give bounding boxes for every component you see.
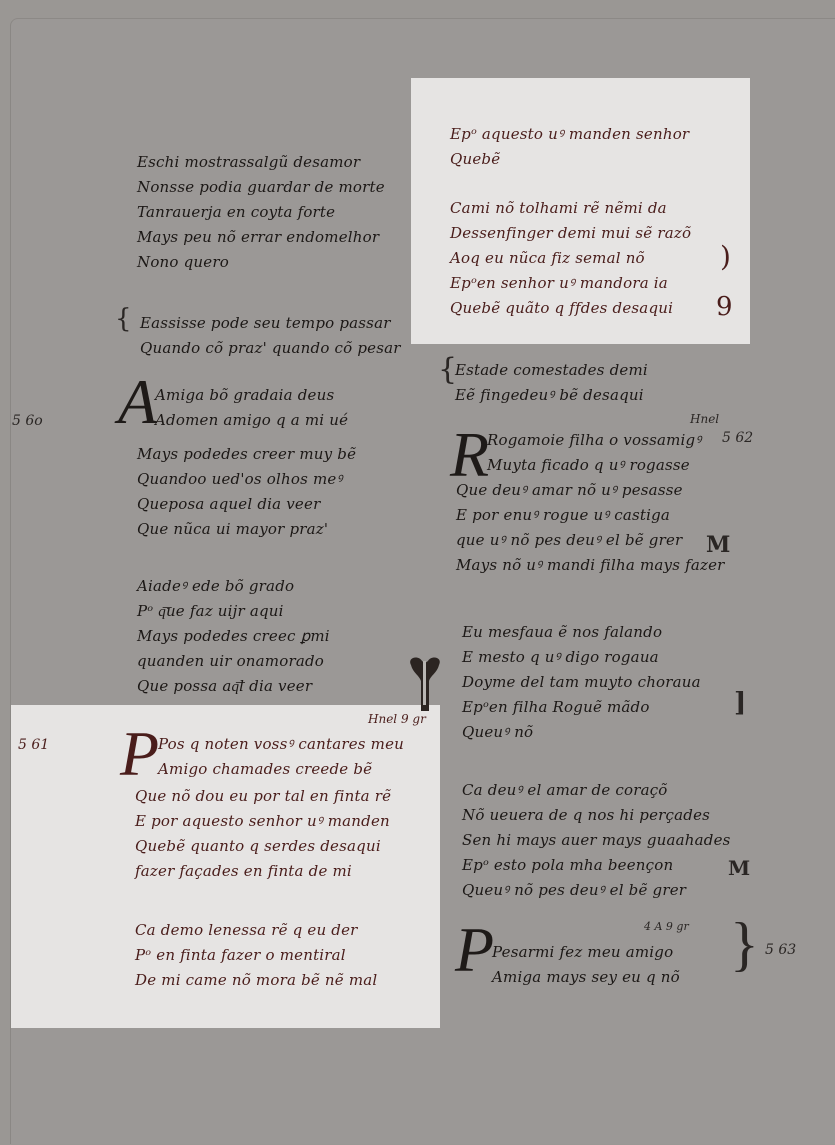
margin-bracket: ] [734, 688, 746, 718]
poem-stanza: Estade comestades demi Eẽ fingedeuꝰ bẽ d… [455, 358, 648, 408]
poem-line: Nono quero [137, 250, 385, 275]
poem-line: Doyme del tam muyto choraua [462, 670, 701, 695]
decorated-initial: P [455, 918, 494, 982]
poem-line: Adomen amigo q a mi ué [155, 408, 348, 433]
poem-line: Que possa aq͞l dia veer [137, 674, 330, 699]
margin-number: 5 61 [18, 737, 49, 753]
poem-stanza: Ca demo lenessa rẽ q eu der Pᵒ en finta … [135, 918, 377, 993]
poem-line: Amiga mays sey eu q nõ [492, 965, 680, 990]
poem-stanza: Eschi mostrassalgũ desamor Nonsse podia … [137, 150, 385, 275]
poem-line: E por aquesto senhor uꝰ manden [135, 809, 391, 834]
poem-line: E por enuꝰ rogue uꝰ castiga [456, 503, 725, 528]
poem-line: Queuꝰ nõ pes deuꝰ el bẽ grer [462, 878, 731, 903]
poem-line: Pos q noten vossꝰ cantares meu [158, 732, 404, 757]
poem-line: Pᵒ en finta fazer o mentiral [135, 943, 377, 968]
brace-mark: { [115, 304, 132, 334]
poem-stanza: Cami nõ tolhami rẽ nẽmi da Dessenfinger … [450, 196, 691, 321]
margin-number: 5 62 [722, 430, 753, 446]
poem-line: Nonsse podia guardar de morte [137, 175, 385, 200]
poem-line: Sen hi mays auer mays guaahades [462, 828, 731, 853]
poem-line: Que nũca ui mayor praz' [137, 517, 356, 542]
poem-line: Aiadeꝰ ede bõ grado [137, 574, 330, 599]
poem-line: Mays peu nõ errar endomelhor [137, 225, 385, 250]
margin-mark: 9 [716, 292, 733, 322]
poem-line: Aoq eu nũca fiz semal nõ [450, 246, 691, 271]
poem-line: Ca demo lenessa rẽ q eu der [135, 918, 377, 943]
poem-line: Epᵒ aquesto uꝰ manden senhor [450, 122, 689, 147]
poem-line: Pᵒ q͞ue faz uijr aqui [137, 599, 330, 624]
poem-line: Eẽ fingedeuꝰ bẽ desaqui [455, 383, 648, 408]
poem-stanza: Pesarmi fez meu amigo Amiga mays sey eu … [492, 940, 680, 990]
poem-stanza: Eu mesfaua ẽ nos falando E mesto q uꝰ di… [462, 620, 701, 745]
poem-line: Dessenfinger demi mui sẽ razõ [450, 221, 691, 246]
poem-stanza: Rogamoie filha o vossamigꝰ Muyta ficado … [487, 428, 701, 478]
margin-number: 5 63 [765, 942, 796, 958]
decorated-initial: A [118, 370, 157, 434]
poem-line: Amiga bõ gradaia deus [155, 383, 348, 408]
poem-line: Cami nõ tolhami rẽ nẽmi da [450, 196, 691, 221]
poem-line: De mi came nõ mora bẽ nẽ mal [135, 968, 377, 993]
poem-stanza: Ca deuꝰ el amar de coraçõ Nõ ueuera de q… [462, 778, 731, 903]
poem-stanza: Amiga bõ gradaia deus Adomen amigo q a m… [155, 383, 348, 433]
margin-mark-m: M [728, 856, 750, 880]
poem-line: Epᵒen filha Roguẽ mãdo [462, 695, 701, 720]
poem-line: fazer façades en finta de mi [135, 859, 391, 884]
poem-line: Quando cõ praz' quando cõ pesar [140, 336, 401, 361]
poem-line: Pesarmi fez meu amigo [492, 940, 680, 965]
poem-stanza: Eassisse pode seu tempo passar Quando cõ… [140, 311, 401, 361]
poem-line: Tanrauerja en coyta forte [137, 200, 385, 225]
poem-line: Quandoo ued'os olhos meꝰ [137, 467, 356, 492]
margin-annotation: Hnel [690, 412, 719, 426]
poem-line: Amigo chamades creede bẽ [158, 757, 404, 782]
poem-line: Queposa aquel dia veer [137, 492, 356, 517]
poem-line: quanden uir onamorado [137, 649, 330, 674]
poem-line: E mesto q uꝰ digo rogaua [462, 645, 701, 670]
poem-line: Quebẽ quanto q serdes desaqui [135, 834, 391, 859]
poem-line: Eassisse pode seu tempo passar [140, 311, 401, 336]
poem-line: Estade comestades demi [455, 358, 648, 383]
poem-stanza: Aiadeꝰ ede bõ grado Pᵒ q͞ue faz uijr aqu… [137, 574, 330, 699]
poem-line: que uꝰ nõ pes deuꝰ el bẽ grer [456, 528, 725, 553]
poem-line: Eu mesfaua ẽ nos falando [462, 620, 701, 645]
margin-mark-m: M [706, 532, 730, 558]
poem-line: Ca deuꝰ el amar de coraçõ [462, 778, 731, 803]
poem-line: Rogamoie filha o vossamigꝰ [487, 428, 701, 453]
poem-line: Que nõ dou eu por tal en finta rẽ [135, 784, 391, 809]
poem-line: Que deuꝰ amar nõ uꝰ pesasse [456, 478, 725, 503]
margin-bracket: ) [720, 240, 731, 273]
decorated-initial: P [120, 722, 159, 786]
poem-line: Eschi mostrassalgũ desamor [137, 150, 385, 175]
decorated-bracket: } [730, 910, 759, 979]
poem-line: Quebẽ [450, 147, 689, 172]
margin-annotation: 4 A 9 gr [644, 920, 689, 933]
poem-stanza-cont: Mays podedes creer muy bẽ Quandoo ued'os… [137, 442, 356, 542]
poem-stanza-cont: Que nõ dou eu por tal en finta rẽ E por … [135, 784, 391, 884]
poem-line: Mays podedes creec ꝑmi [137, 624, 330, 649]
poem-line: Epᵒen senhor uꝰ mandora ia [450, 271, 691, 296]
poem-line: Queuꝰ nõ [462, 720, 701, 745]
poem-line: Mays podedes creer muy bẽ [137, 442, 356, 467]
margin-annotation: Hnel 9 gr [368, 712, 426, 726]
poem-stanza: Pos q noten vossꝰ cantares meu Amigo cha… [158, 732, 404, 782]
poem-line: Quebẽ quãto q ffdes desaqui [450, 296, 691, 321]
poem-line: Epᵒ esto pola mha beençon [462, 853, 731, 878]
poem-line: Muyta ficado q uꝰ rogasse [487, 453, 701, 478]
ink-blot [407, 655, 443, 715]
poem-stanza-cont: Que deuꝰ amar nõ uꝰ pesasse E por enuꝰ r… [456, 478, 725, 578]
margin-number: 5 6o [12, 413, 43, 429]
poem-line: Nõ ueuera de q nos hi perçades [462, 803, 731, 828]
poem-line: Mays nõ uꝰ mandi filha mays fazer [456, 553, 725, 578]
poem-stanza: Epᵒ aquesto uꝰ manden senhor Quebẽ [450, 122, 689, 172]
